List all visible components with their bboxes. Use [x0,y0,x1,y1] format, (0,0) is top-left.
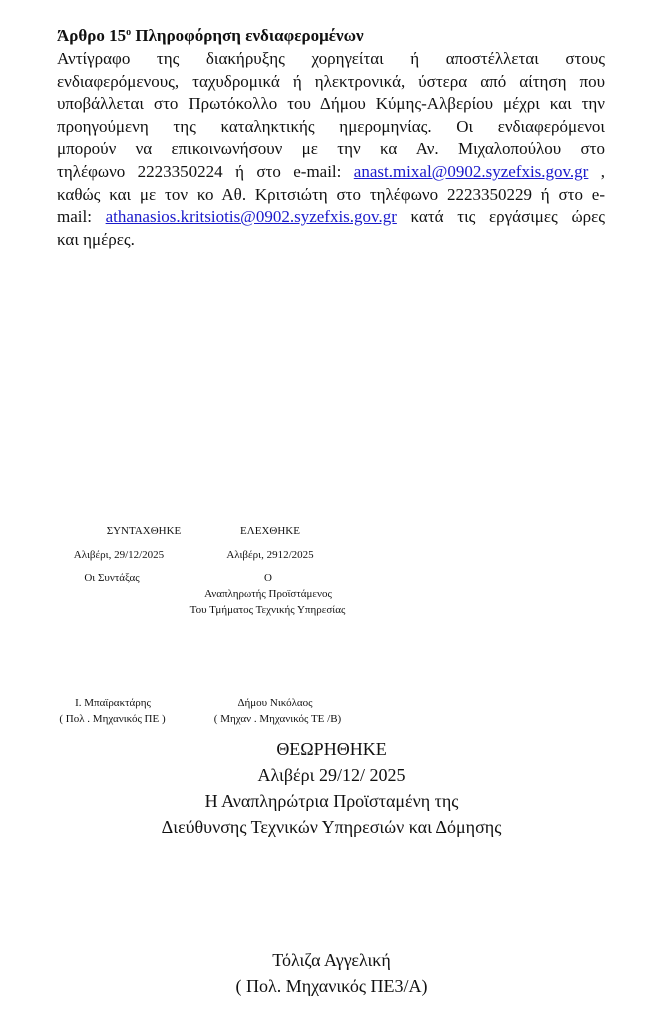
body-line: υποβάλλεται στο Πρωτόκολλο του Δήμου Κύμ… [57,93,605,116]
checked-title: ( Μηχαν . Μηχανικός ΤΕ /Β) [210,712,345,726]
punctuation: , [588,162,605,181]
body-line: ενδιαφερόμενους, ταχυδρομικά ή ηλεκτρονι… [57,71,605,94]
approval-title: ( Πολ. Μηχανικός ΠΕ3/Α) [0,974,663,998]
checked-date: Αλιβέρι, 2912/2025 [205,548,335,562]
body-line: mail: athanasios.kritsiotis@0902.syzefxi… [57,206,605,229]
body-line: καθώς και με τον κο Αθ. Κριτσιώτη στο τη… [57,184,605,207]
article-body: Αντίγραφο της διακήρυξης χορηγείται ή απ… [57,48,605,251]
article-heading-text: Πληροφόρηση ενδιαφερομένων [131,26,364,45]
email-link-mixalopoulou[interactable]: anast.mixal@0902.syzefxis.gov.gr [354,162,589,181]
body-line: και ημέρες. [57,229,605,252]
composed-heading: ΣΥΝΤΑΧΘΗΚΕ [84,524,204,538]
article-number: Άρθρο 15 [57,26,126,45]
approval-department: Διεύθυνσης Τεχνικών Υπηρεσιών και Δόμηση… [0,815,663,839]
mail-text: mail: [57,207,106,226]
body-line: Αντίγραφο της διακήρυξης χορηγείται ή απ… [57,48,605,71]
checked-heading: ΕΛΕΧΘΗΚΕ [210,524,330,538]
approval-role: Η Αναπληρώτρια Προϊσταμένη της [0,789,663,813]
composed-role: Οι Συντάξας [62,571,162,585]
body-line: προηγούμενη της καταληκτικής ημερομηνίας… [57,116,605,139]
checked-name: Δήμου Νικόλαος [215,696,335,710]
body-line: μπορούν να επικοινωνήσουν με την κα Αν. … [57,138,605,161]
checked-role: Αναπληρωτής Προϊστάμενος [188,587,348,601]
article-title: Άρθρο 15ο Πληροφόρηση ενδιαφερομένων [57,22,364,47]
phone-text: τηλέφωνο 2223350224 ή στο e-mail: [57,162,354,181]
checked-role-article: Ο [218,571,318,585]
composed-name: Ι. Μπαϊρακτάρης [48,696,178,710]
checked-department: Του Τμήματος Τεχνικής Υπηρεσίας [175,603,360,617]
hours-text: κατά τις εργάσιμες ώρες [397,207,605,226]
composed-date: Αλιβέρι, 29/12/2025 [54,548,184,562]
composed-title: ( Πολ . Μηχανικός ΠΕ ) [45,712,180,726]
approval-name: Τόλιζα Αγγελική [0,948,663,972]
approval-heading: ΘΕΩΡΗΘΗΚΕ [0,737,663,761]
body-line: τηλέφωνο 2223350224 ή στο e-mail: anast.… [57,161,605,184]
email-link-kritsiotis[interactable]: athanasios.kritsiotis@0902.syzefxis.gov.… [106,207,397,226]
approval-date: Αλιβέρι 29/12/ 2025 [0,763,663,787]
